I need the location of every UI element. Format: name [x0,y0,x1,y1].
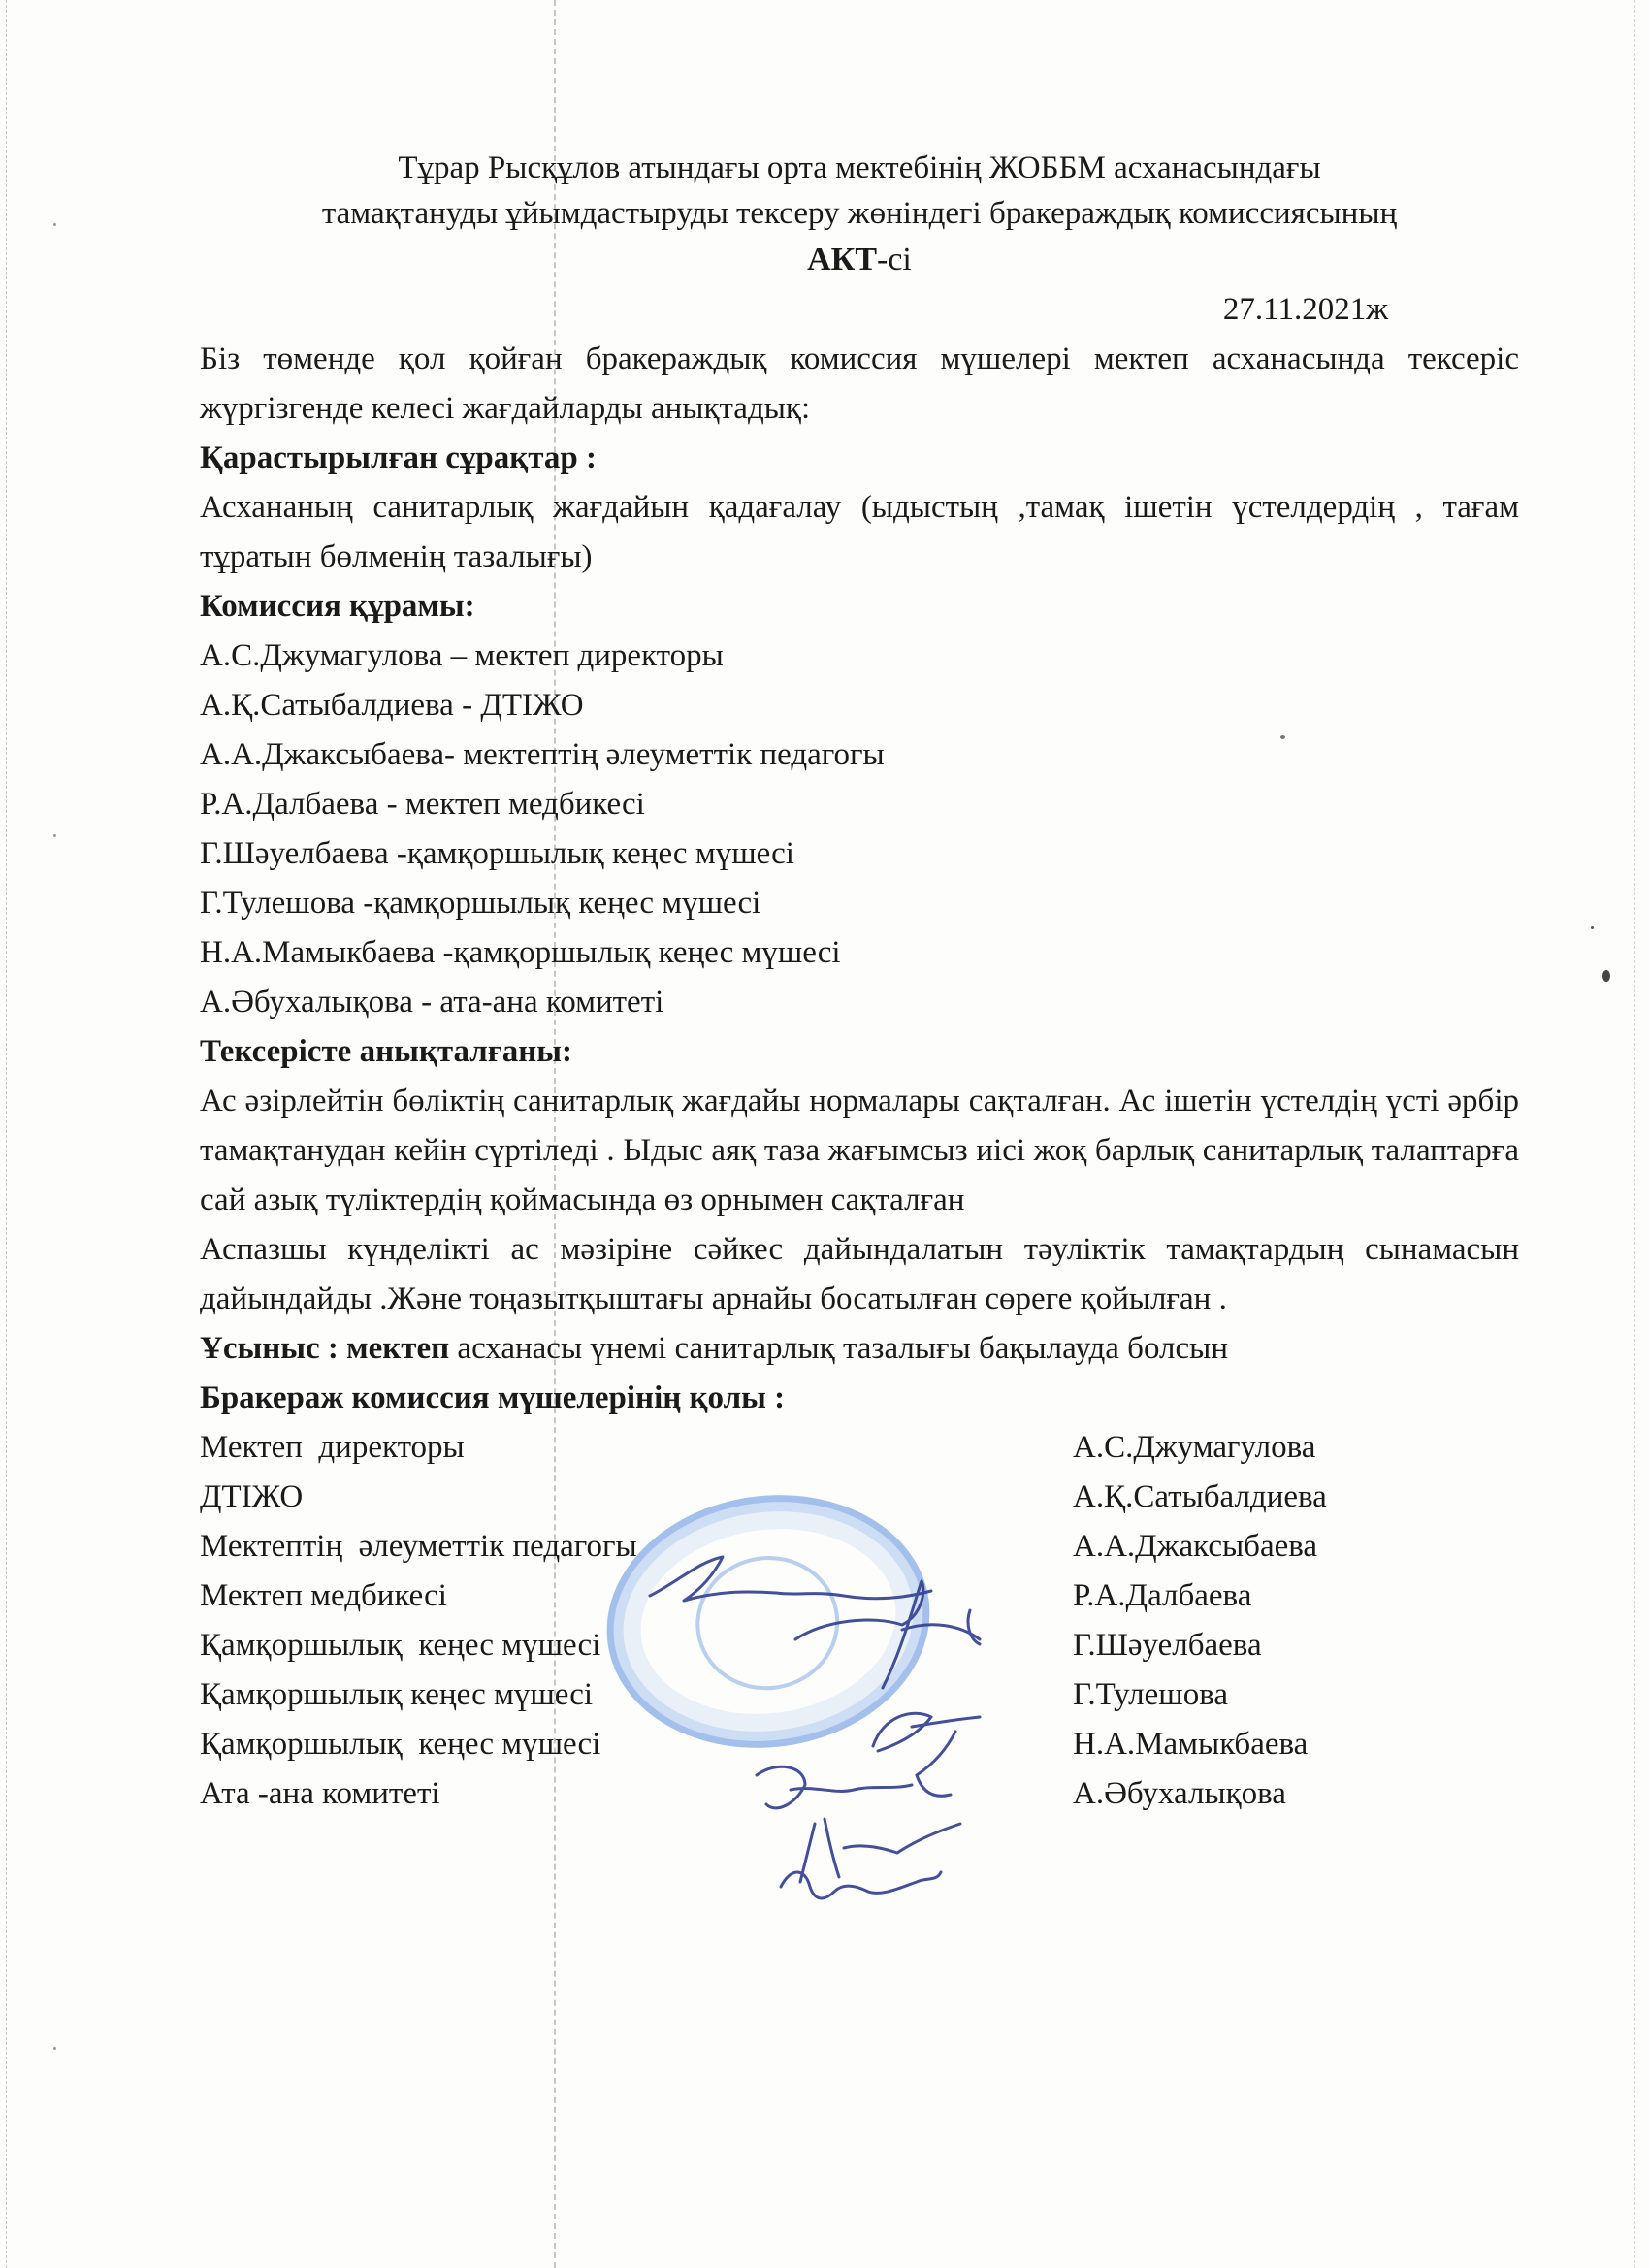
signer-role: Қамқоршылық кеңес мүшесі [200,1670,593,1720]
commission-member: Г.Шәуелбаева -қамқоршылық кеңес мүшесі [200,829,1519,879]
considered-heading: Қарастырылған сұрақтар : [200,434,1519,483]
act-heading-suffix: -сі [877,242,912,277]
signer-name: Г.Шәуелбаева [1073,1621,1262,1670]
signer-role: Мектептің әлеуметтік педагогы [200,1522,637,1571]
title-line-2: тамақтануды ұйымдастыруды тексеру жөнінд… [200,191,1519,237]
signer-name: Р.А.Далбаева [1073,1571,1251,1621]
signer-name: А.Қ.Сатыбалдиева [1073,1473,1327,1522]
document-date: 27.11.2021ж [200,284,1519,335]
signatures-heading: Бракераж комиссия мүшелерінің қолы : [200,1374,1519,1423]
considered-paragraph: Асхананың санитарлық жағдайын қадағалау … [200,483,1519,582]
recommendation-text: асханасы үнемі санитарлық тазалығы бақыл… [449,1331,1228,1366]
scan-speck [53,223,56,226]
commission-list: А.С.Джумагулова – мектеп директоры А.Қ.С… [200,632,1519,1027]
signature-row: Қамқоршылық кеңес мүшесіН.А.Мамыкбаева [200,1720,1519,1769]
intro-paragraph: Біз төменде қол қойған бракераждық комис… [200,335,1519,434]
signer-name: Н.А.Мамыкбаева [1073,1720,1308,1769]
signer-name: А.Әбухалықова [1073,1769,1286,1819]
findings-paragraph-2: Аспазшы күнделікті ас мәзіріне сәйкес да… [200,1225,1519,1324]
act-heading-bold: АКТ [807,242,877,277]
findings-paragraph-1: Ас әзірлейтін бөліктің санитарлық жағдай… [200,1077,1519,1225]
findings-heading: Тексерісте анықталғаны: [200,1027,1519,1077]
act-heading: АКТ-сі [200,237,1519,282]
scan-speck [1591,926,1594,929]
signature-row: Мектеп директорыА.С.Джумагулова [200,1423,1519,1473]
recommendation-label: Ұсыныс : мектеп [200,1331,449,1366]
commission-heading: Комиссия құрамы: [200,582,1519,632]
scan-speck [53,834,56,837]
scan-edge-left [6,0,7,2268]
commission-member: А.А.Джаксыбаева- мектептің әлеуметтік пе… [200,730,1519,780]
commission-member: А.Әбухалықова - ата-ана комитеті [200,978,1519,1027]
signer-role: ДТІЖО [200,1473,303,1522]
signer-role: Мектеп медбикесі [200,1571,447,1621]
scan-speck [53,2047,56,2050]
signer-name: А.С.Джумагулова [1073,1423,1315,1473]
signer-name: Г.Тулешова [1073,1670,1228,1720]
commission-member: А.Қ.Сатыбалдиева - ДТІЖО [200,681,1519,730]
title-line-1: Тұрар Рысқұлов атындағы орта мектебінің … [200,146,1519,191]
commission-member: Г.Тулешова -қамқоршылық кеңес мүшесі [200,879,1519,928]
scan-speck [1602,970,1610,982]
signer-role: Ата -ана комитеті [200,1769,440,1819]
scan-edge-right [1634,0,1635,2268]
signer-role: Қамқоршылық кеңес мүшесі [200,1621,600,1670]
signer-name: А.А.Джаксыбаева [1073,1522,1317,1571]
signer-role: Мектеп директоры [200,1423,465,1473]
commission-member: Р.А.Далбаева - мектеп медбикесі [200,780,1519,829]
signature-row: Ата -ана комитетіА.Әбухалықова [200,1769,1519,1819]
signer-role: Қамқоршылық кеңес мүшесі [200,1720,600,1769]
stamp-emblem-icon [687,1546,848,1699]
scanned-page: Тұрар Рысқұлов атындағы орта мектебінің … [0,0,1649,2268]
recommendation-line: Ұсыныс : мектеп асханасы үнемі санитарлы… [200,1324,1519,1374]
commission-member: А.С.Джумагулова – мектеп директоры [200,632,1519,681]
commission-member: Н.А.Мамыкбаева -қамқоршылық кеңес мүшесі [200,928,1519,978]
